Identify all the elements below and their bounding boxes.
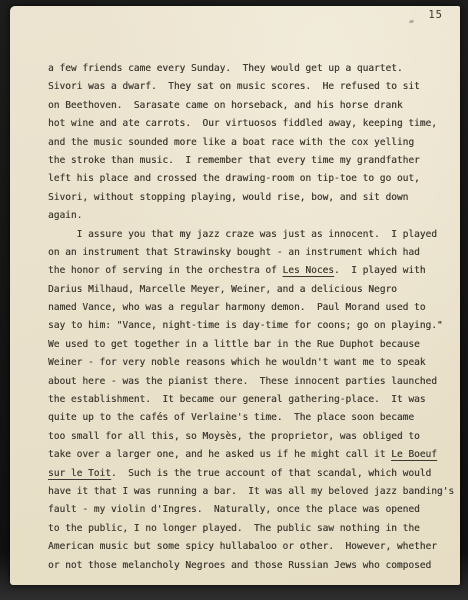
text-line: to the public, I no longer played. The p… — [48, 520, 454, 538]
text-line: the stroke than music. I remember that e… — [48, 152, 454, 170]
text-line: too small for all this, so Moysès, the p… — [48, 428, 454, 446]
text-line: say to him: "Vance, night-time is day-ti… — [48, 317, 454, 335]
text-line: the establishment. It became our general… — [48, 391, 454, 409]
text-line: Darius Milhaud, Marcelle Meyer, Weiner, … — [48, 281, 454, 299]
text-line: sur le Toit. Such is the true account of… — [48, 465, 454, 483]
typewritten-text-block: a few friends came every Sunday. They wo… — [48, 60, 454, 575]
text-line: fault - my violin d'Ingres. Naturally, o… — [48, 501, 454, 519]
text-line: named Vance, who was a regular harmony d… — [48, 299, 454, 317]
text-line: left his place and crossed the drawing-r… — [48, 170, 454, 188]
scan-frame: 15 a few friends came every Sunday. They… — [0, 0, 468, 600]
text-line: the honor of serving in the orchestra of… — [48, 262, 454, 280]
document-page: 15 a few friends came every Sunday. They… — [10, 6, 460, 585]
text-line: on Beethoven. Sarasate came on horseback… — [48, 97, 454, 115]
text-line: hot wine and ate carrots. Our virtuosos … — [48, 115, 454, 133]
text-line: take over a larger one, and he asked us … — [48, 446, 454, 464]
text-line: a few friends came every Sunday. They wo… — [48, 60, 454, 78]
text-line: or not those melancholy Negroes and thos… — [48, 557, 454, 575]
text-line: have it that I was running a bar. It was… — [48, 483, 454, 501]
page-number: 15 — [428, 9, 443, 21]
text-line: Sivori, without stopping playing, would … — [48, 189, 454, 207]
text-line: Sivori was a dwarf. They sat on music sc… — [48, 78, 454, 96]
text-line: on an instrument that Strawinsky bought … — [48, 244, 454, 262]
text-line: American music but some spicy hullabaloo… — [48, 538, 454, 556]
text-line: I assure you that my jazz craze was just… — [48, 226, 454, 244]
text-line: We used to get together in a little bar … — [48, 336, 454, 354]
text-line: and the music sounded more like a boat r… — [48, 134, 454, 152]
text-line: quite up to the cafés of Verlaine's time… — [48, 409, 454, 427]
ink-smudge — [409, 19, 415, 23]
text-line: again. — [48, 207, 454, 225]
text-line: Weiner - for very noble reasons which he… — [48, 354, 454, 372]
text-line: about here - was the pianist there. Thes… — [48, 373, 454, 391]
